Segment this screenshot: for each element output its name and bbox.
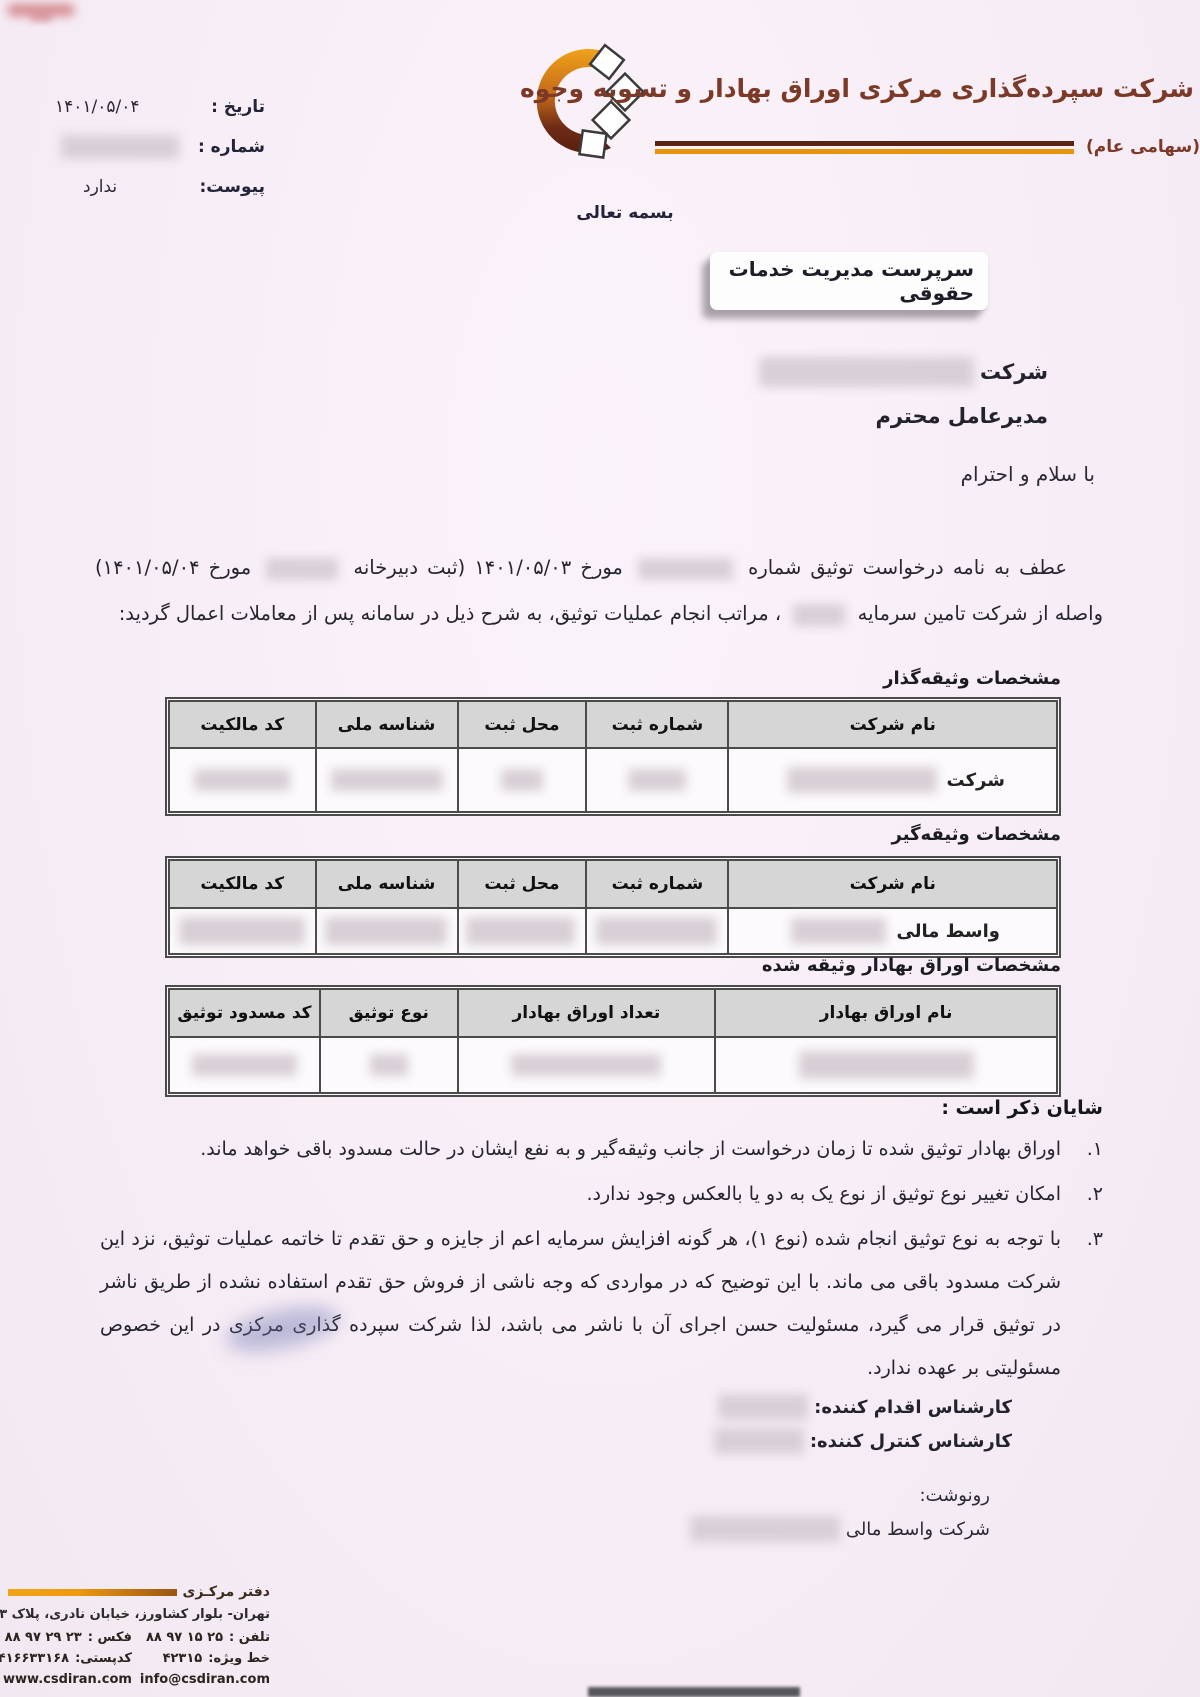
pledgor-data-row: شرکت [169,748,1057,812]
body-seg4: ، مراتب انجام عملیات توثیق، به شرح ذیل د… [119,602,781,625]
hotline-label: خط ویژه: [208,1651,270,1666]
pledgee-table-grid: نام شرکت شماره ثبت محل ثبت شناسه ملی کد … [168,859,1058,955]
securities-count-cell [458,1037,716,1093]
website-cell: www.csdiran.com [0,1669,132,1690]
office-label: دفتر مرکـزی [183,1584,271,1600]
hotline-value: ۴۲۳۱۵ [163,1651,203,1666]
footer-contact-grid: تلفن : ۲۵ ۱۵ ۹۷ ۸۸ فکس : ۲۳ ۲۹ ۹۷ ۸۸ خط … [8,1627,270,1690]
office-rule-bar [8,1589,177,1596]
pledgor-table: نام شرکت شماره ثبت محل ثبت شناسه ملی کد … [165,697,1061,816]
attachment-label: پیوست: [200,177,266,197]
addressee-company-prefix: شرکت [980,360,1048,384]
control-expert-row: کارشناس کنترل کننده: [708,1424,1012,1458]
recipient-title: سرپرست مدیریت خدمات حقوقی [710,257,974,305]
fax-cell: فکس : ۲۳ ۲۹ ۹۷ ۸۸ [0,1627,132,1648]
copy-to-label-row: رونوشت: [684,1478,990,1512]
hotline-cell: خط ویژه: ۴۲۳۱۵ [140,1648,270,1669]
scan-shadow-strip [588,1687,800,1697]
pledgee-table-title: مشخصات وثیقه‌گیر [892,824,1061,845]
pledgor-ownership-code-redaction [194,769,290,791]
signatories-block: کارشناس اقدام کننده: کارشناس کنترل کننده… [708,1390,1012,1458]
control-expert-label: کارشناس کنترل کننده: [810,1431,1012,1452]
securities-header-name: نام اوراق بهادار [715,989,1057,1037]
pledgee-table: نام شرکت شماره ثبت محل ثبت شناسه ملی کد … [165,856,1061,958]
addressee-block: شرکت مدیرعامل محترم [753,352,1048,436]
securities-header-pledge-type: نوع توثیق [320,989,458,1037]
email-text: info@csdiran.com [140,1672,270,1687]
pledgor-table-grid: نام شرکت شماره ثبت محل ثبت شناسه ملی کد … [168,700,1058,813]
pledgee-header-row: نام شرکت شماره ثبت محل ثبت شناسه ملی کد … [169,860,1057,908]
pledgor-header-national-id: شناسه ملی [316,701,458,748]
securities-header-block-code: کد مسدود توثیق [169,989,320,1037]
pledgor-header-reg-place: محل ثبت [458,701,587,748]
pledgor-header-row: نام شرکت شماره ثبت محل ثبت شناسه ملی کد … [169,701,1057,748]
pledgor-reg-number-cell [586,748,728,812]
date-label: تاریخ : [211,97,265,117]
header-rule-orange [655,149,1074,154]
note-1-number: ۱. [1069,1128,1103,1171]
pledgee-reg-number-cell [586,908,728,954]
copy-to-item-row: شرکت واسط مالی [684,1512,990,1546]
pledgor-national-id-cell [316,748,458,812]
body-redaction-3 [793,604,845,626]
pledgee-header-company-name: نام شرکت [728,860,1057,908]
securities-pledge-type-redaction [370,1054,408,1076]
number-label: شماره : [198,137,265,157]
pledgee-ownership-code-redaction [179,917,305,945]
body-paragraph: عطف به نامه درخواست توثیق شماره مورخ ۱۴۰… [95,545,1103,637]
pledgor-reg-place-cell [458,748,587,812]
pledgor-company-redaction [787,767,937,793]
pledgee-ownership-code-cell [169,908,316,954]
footer: دفتر مرکـزی تهران- بلوار کشاورز، خیابان … [8,1583,270,1690]
pledgor-header-ownership-code: کد مالکیت [169,701,316,748]
body-seg1: عطف به نامه درخواست توثیق شماره [748,556,1067,579]
postal-value: ۱۴۱۶۶۳۳۱۶۸ [0,1651,69,1666]
brand-subtitle: (سهامی عام) [1086,137,1200,157]
acting-expert-row: کارشناس اقدام کننده: [708,1390,1012,1424]
notes-lead: شایان ذکر است : [100,1094,1103,1122]
fax-value: ۲۳ ۲۹ ۹۷ ۸۸ [5,1630,82,1645]
email-cell: info@csdiran.com [140,1669,270,1690]
recipient-title-box: سرپرست مدیریت خدمات حقوقی [710,252,988,310]
pledgee-national-id-cell [316,908,458,954]
phone-cell: تلفن : ۲۵ ۱۵ ۹۷ ۸۸ [140,1627,270,1648]
copy-to-label: رونوشت: [919,1485,990,1506]
pledgee-reg-number-redaction [596,917,718,945]
note-item-1: ۱. اوراق بهادار توثیق شده تا زمان درخواس… [100,1128,1103,1171]
postal-cell: کدپستی: ۱۴۱۶۶۳۳۱۶۸ [0,1648,132,1669]
date-row: تاریخ : ۱۴۰۱/۰۵/۰۴ [55,92,265,122]
footer-address: تهران- بلوار کشاورز، خیابان نادری، پلاک … [8,1605,270,1625]
body-redaction-1 [638,558,733,580]
pledgee-header-national-id: شناسه ملی [316,860,458,908]
date-value: ۱۴۰۱/۰۵/۰۴ [55,97,140,117]
body-seg2: مورخ ۱۴۰۱/۰۵/۰۳ (ثبت دبیرخانه [353,556,622,579]
website-text: www.csdiran.com [3,1672,132,1687]
securities-table-title: مشخصات اوراق بهادار وثیقه شده [762,955,1061,976]
pledgee-national-id-redaction [325,917,447,945]
pledgee-company-prefix: واسط مالی [896,921,999,942]
addressee-title-line: مدیرعامل محترم [753,396,1048,436]
copy-to-block: رونوشت: شرکت واسط مالی [684,1478,990,1546]
pledgor-reg-place-redaction [501,769,543,791]
pledgee-header-reg-place: محل ثبت [458,860,587,908]
securities-data-row [169,1037,1057,1093]
acting-expert-name-redaction [718,1394,808,1420]
brand-subtitle-row: (سهامی عام) [655,130,1200,164]
addressee-company-line: شرکت [753,352,1048,392]
note-3-number: ۳. [1069,1218,1103,1390]
pledgee-data-row: واسط مالی [169,908,1057,954]
phone-value: ۲۵ ۱۵ ۹۷ ۸۸ [146,1630,223,1645]
pledgee-reg-place-redaction [466,917,575,945]
pledgor-reg-number-redaction [628,769,686,791]
pledgee-header-ownership-code: کد مالکیت [169,860,316,908]
note-2-text: امکان تغییر نوع توثیق از نوع یک به دو یا… [100,1173,1061,1216]
note-item-3: ۳. با توجه به نوع توثیق انجام شده (نوع ۱… [100,1218,1103,1390]
number-redaction [61,135,179,159]
pledgor-table-title: مشخصات وثیقه‌گذار [883,668,1061,689]
securities-pledge-type-cell [320,1037,458,1093]
securities-table: نام اوراق بهادار تعداد اوراق بهادار نوع … [165,985,1061,1097]
pledgor-company-cell: شرکت [728,748,1057,812]
attachment-row: پیوست: ندارد [55,172,265,202]
header-rule-dark [655,141,1074,146]
bismillah: بسمه تعالی [560,203,690,223]
acting-expert-label: کارشناس اقدام کننده: [814,1397,1012,1418]
addressee-company-redaction [759,357,974,387]
note-1-text: اوراق بهادار توثیق شده تا زمان درخواست ا… [100,1128,1061,1171]
pledgor-header-company-name: نام شرکت [728,701,1057,748]
number-row: شماره : [55,132,265,162]
note-item-2: ۲. امکان تغییر نوع توثیق از نوع یک به دو… [100,1173,1103,1216]
office-row: دفتر مرکـزی [8,1583,270,1601]
note-2-number: ۲. [1069,1173,1103,1216]
body-redaction-2 [266,558,338,580]
securities-name-cell [715,1037,1057,1093]
pledgor-header-reg-number: شماره ثبت [586,701,728,748]
securities-block-code-redaction [192,1054,297,1076]
postal-label: کدپستی: [75,1651,132,1666]
copy-to-item: شرکت واسط مالی [846,1519,990,1540]
fax-label: فکس : [88,1630,132,1645]
securities-table-grid: نام اوراق بهادار تعداد اوراق بهادار نوع … [168,988,1058,1094]
attachment-value: ندارد [83,177,117,197]
pledgee-header-reg-number: شماره ثبت [586,860,728,908]
letter-page: تاریخ : ۱۴۰۱/۰۵/۰۴ شماره : پیوست: ندارد [0,0,1200,1697]
control-expert-name-redaction [714,1428,804,1454]
note-3-text: با توجه به نوع توثیق انجام شده (نوع ۱)، … [100,1218,1061,1390]
securities-name-redaction [799,1051,974,1079]
scan-artifact-red-small [30,15,52,21]
securities-header-row: نام اوراق بهادار تعداد اوراق بهادار نوع … [169,989,1057,1037]
securities-count-redaction [511,1054,661,1076]
securities-header-count: تعداد اوراق بهادار [458,989,716,1037]
pledgor-national-id-redaction [331,769,443,791]
brand-name: شرکت سپرده‌گذاری مرکزی اوراق بهادار و تس… [650,74,1194,103]
salutation: با سلام و احترام [961,462,1095,486]
header-rules [655,141,1074,154]
pledgor-company-prefix: شرکت [947,770,1005,791]
letterhead-meta: تاریخ : ۱۴۰۱/۰۵/۰۴ شماره : پیوست: ندارد [55,92,265,212]
pledgor-ownership-code-cell [169,748,316,812]
phone-label: تلفن : [229,1630,270,1645]
copy-to-item-redaction [690,1516,840,1542]
pledgee-company-cell: واسط مالی [728,908,1057,954]
pledgee-company-redaction [791,918,886,944]
securities-block-code-cell [169,1037,320,1093]
pledgee-reg-place-cell [458,908,587,954]
